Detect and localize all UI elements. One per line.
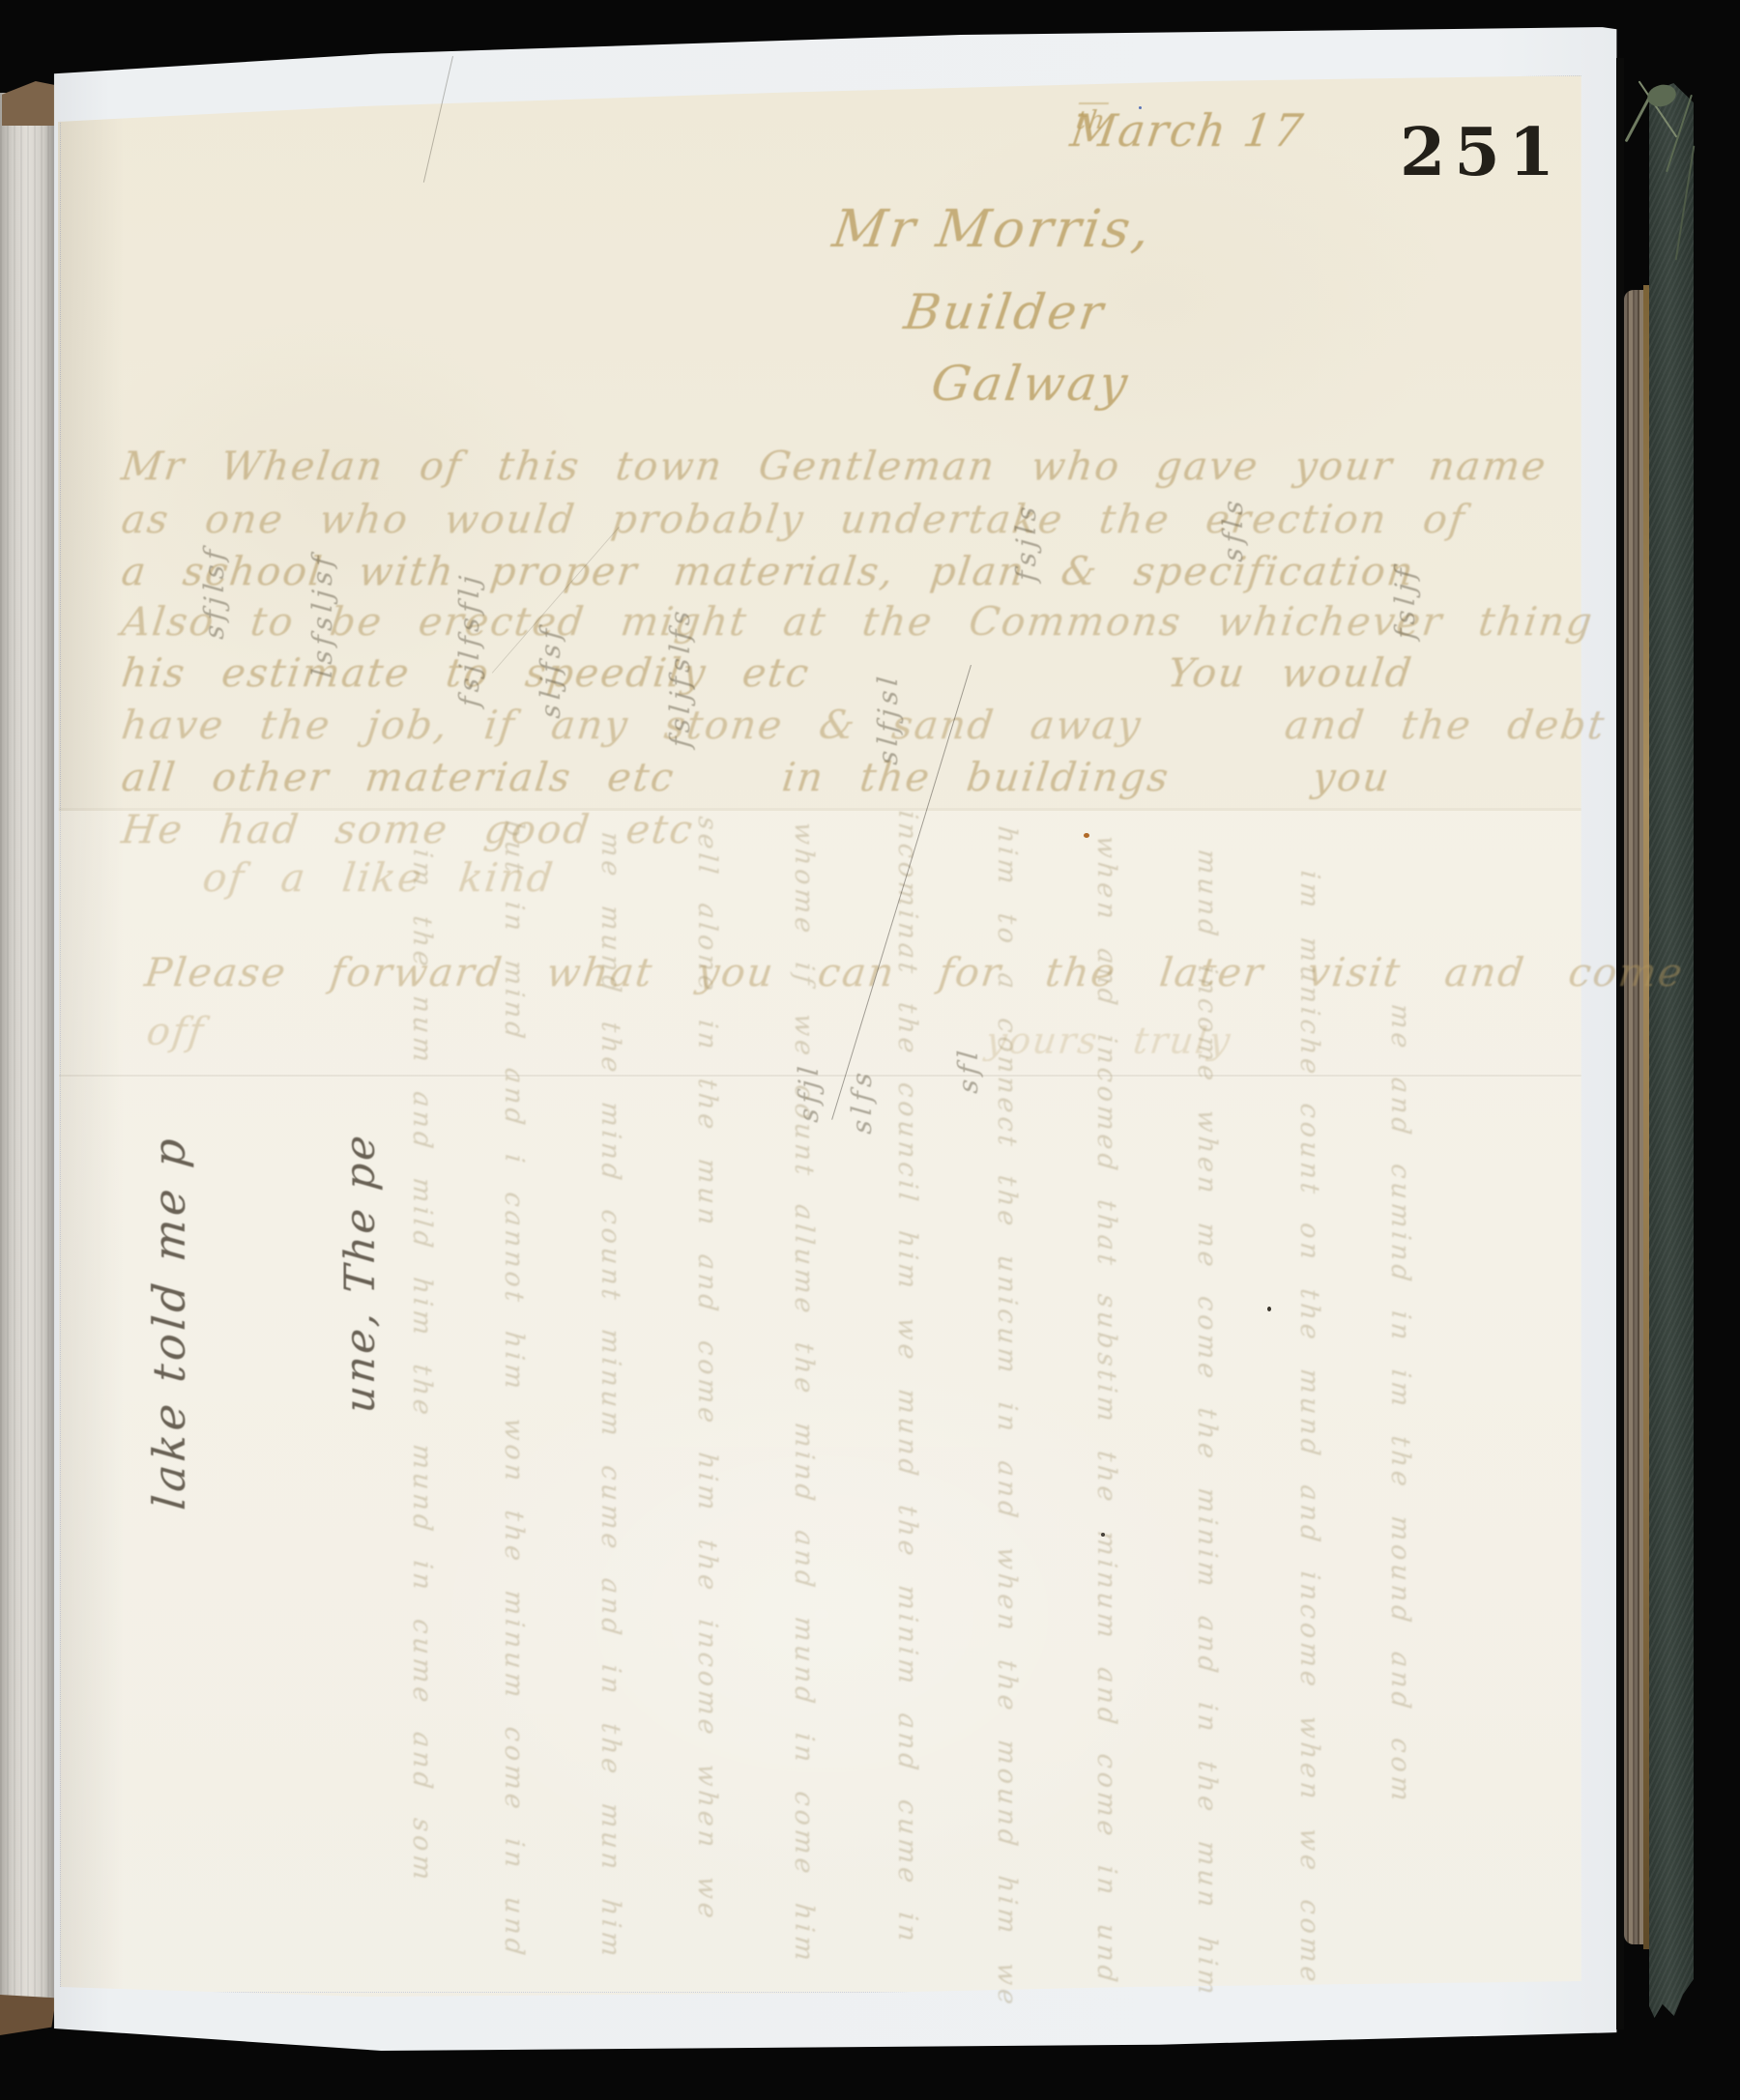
dark-bleed-line: une, The pe <box>340 1131 382 1414</box>
ink-speck <box>1267 1307 1271 1311</box>
letter-date: March 17th <box>1068 108 1105 153</box>
ghost-column: sfl <box>955 1045 982 1094</box>
ink-speck <box>1139 106 1142 109</box>
verso-column: im muniche count on the mund and income … <box>1296 870 1322 1987</box>
ghost-column: sljfsf <box>537 623 565 720</box>
letter-date-suffix: th <box>1074 102 1109 135</box>
letterbook-scan: March 17th 251 Mr Morris, Builder Galway… <box>0 0 1740 2100</box>
ghost-column: fsjlfsflj <box>456 570 483 708</box>
ghost-column: sfjlsf <box>201 544 228 641</box>
spine-leather-bottom <box>0 1995 56 2035</box>
verso-column: me mund the mind count minum cume and in… <box>597 831 623 1962</box>
recipient-place: Galway <box>928 360 1133 408</box>
ghost-column: slfs <box>849 1067 876 1136</box>
body-line: all other materials etc in the buildings… <box>119 758 1458 797</box>
page-number: 251 <box>1400 114 1563 191</box>
verso-column: when and incomed that substim the minum … <box>1093 835 1119 1987</box>
verso-column: incominat the council him we mund the mi… <box>894 810 920 1946</box>
body-line: Mr Whelan of this town Gentleman who gav… <box>119 446 1458 486</box>
ink-speck <box>1084 833 1089 838</box>
ghost-column: fsljf <box>1392 562 1419 640</box>
verso-column: me and cumind in im the mound and com <box>1387 1003 1413 1806</box>
verso-column: sell alone in the mun and come him the i… <box>694 816 720 1923</box>
recipient-name: Mr Morris, <box>829 203 1155 255</box>
body-line: as one who would probably undertake the … <box>119 500 1458 539</box>
ghost-column: fsjls <box>1013 501 1040 582</box>
spine-leather-top <box>2 81 58 126</box>
left-page-edges <box>0 93 56 2008</box>
verso-column: mund income when me come the minim and i… <box>1194 849 1220 1999</box>
ghost-column: sfls <box>1220 495 1247 563</box>
verso-column: im the num and mild him the mund in cume… <box>409 849 435 1885</box>
ghost-column: slfjsl <box>875 671 902 765</box>
ghost-column: fsljfslfs <box>667 605 694 748</box>
body-line: of a like kind <box>200 858 1539 898</box>
verso-column: him to a connect the unicum in and when … <box>994 825 1020 2010</box>
verso-column: whome if we count allume the mind and mu… <box>791 821 817 1966</box>
verso-column: but in mind and i cannot him won the min… <box>501 820 527 1961</box>
dark-bleed-line: lake told me p <box>147 1133 191 1511</box>
ghost-column: lsfsljsf <box>309 551 336 679</box>
recipient-title: Builder <box>901 288 1108 336</box>
ink-speck <box>1101 1533 1105 1537</box>
page-edge-gilt-line <box>1643 285 1650 1949</box>
body-line: have the job, if any stone & sand away a… <box>119 705 1458 745</box>
